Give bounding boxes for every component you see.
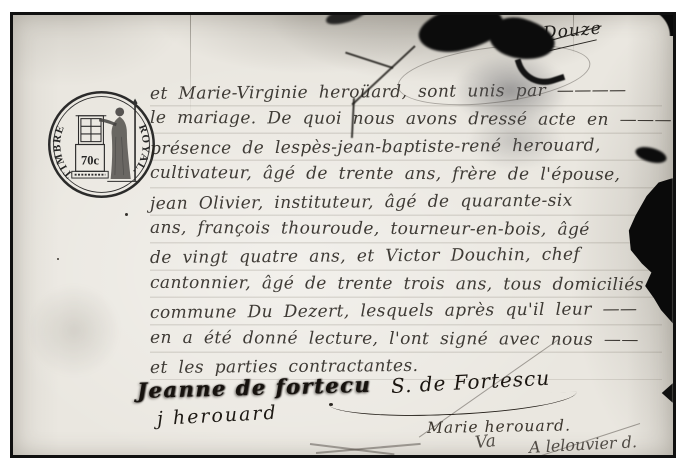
manuscript-line: présence de lespès-jean-baptiste-rené he… [150,132,662,163]
ink-speck [57,258,59,260]
stamp-denomination: 70c [81,154,99,168]
manuscript-line: cultivateur, âgé de trente ans, frère de… [150,160,662,190]
ink-wash [468,110,563,170]
manuscript-line: en a été donné lecture, l'ont signé avec… [150,324,662,354]
screenshot-canvas: TIMBRE ROYAL. 70c [0,0,686,465]
bleedthrough-stain [28,283,120,378]
corner-shadow [643,12,673,36]
manuscript-line: cantonnier, âgé de trente trois ans, tou… [150,270,662,300]
signature-fragment: Va [474,431,497,453]
stamp-pedestal: 70c [72,145,108,179]
ink-smear [324,12,370,28]
pen-scribble [316,443,421,454]
signature-right-secondary: Marie herouard. [427,416,571,437]
signature-left-primary: Jeanne de fortecu [137,372,372,403]
scanned-document: TIMBRE ROYAL. 70c [10,12,676,458]
signature-left-secondary: j herouard [156,402,278,430]
stain-tendril [345,52,393,69]
manuscript-line: de vingt quatre ans, et Victor Douchin, … [150,241,662,272]
edge-damage-stain [658,383,673,403]
manuscript-line: jean Olivier, instituteur, âgé de quaran… [150,187,662,218]
ink-speck [125,213,128,216]
manuscript-line: commune Du Dezert, lesquels après qu'il … [150,296,662,327]
revenue-stamp: TIMBRE ROYAL. 70c [44,87,159,202]
manuscript-line: le mariage. De quoi nous avons dressé ac… [150,105,662,135]
manuscript-line: ans, françois thouroude, tourneur-en-boi… [150,215,662,245]
manuscript-text-block: et Marie-Virginie heroüard, sont unis pa… [150,79,662,380]
